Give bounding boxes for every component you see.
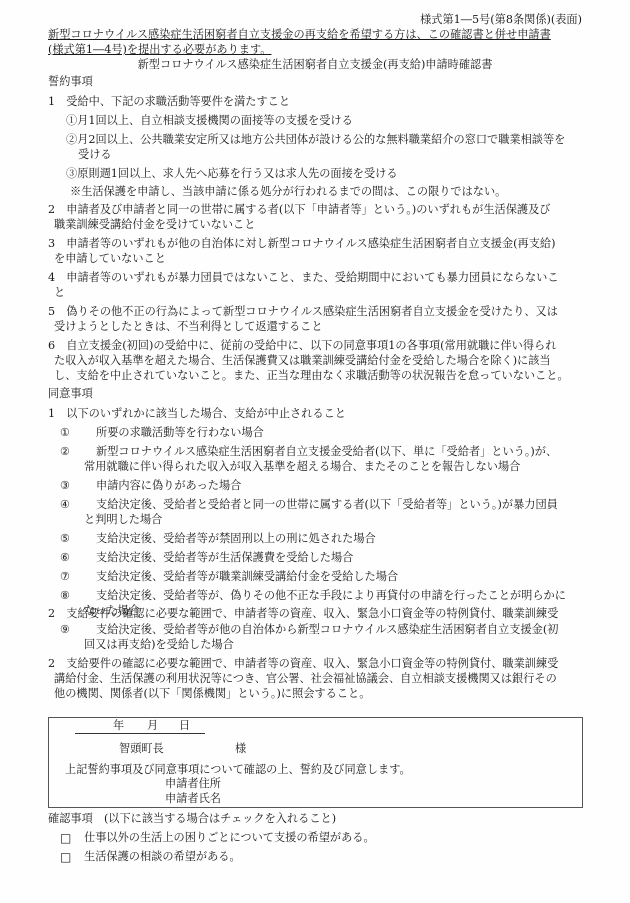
consent-sub-num: ⑤ <box>60 531 70 547</box>
option-welfare-consult: 生活保護の相談の希望がある。 <box>84 849 241 865</box>
day-label: 日 <box>179 718 190 734</box>
consent-sub-text: 支給決定後、受給者等が禁固刑以上の刑に処された場合 <box>96 531 376 547</box>
consent-item-1: 1 以下のいずれかに該当した場合、支給が中止されること <box>48 406 346 422</box>
consent-sub-text: 支給決定後、受給者と受給者と同一の世帯に属する者(以下「受給者等」という。)が暴… <box>96 497 558 513</box>
consent-sub-text-cont: 回又は再支給)を受給した場合 <box>84 637 234 653</box>
pledge-item-1-sub-2: ②月2回以上、公共職業安定所又は地方公共団体が設ける公的な無料職業紹介の窓口で職… <box>66 132 565 148</box>
consent-item-2: 2 支給要件の確認に必要な範囲で、申請者等の資産、収入、緊急小口資金等の特例貸付… <box>48 606 558 622</box>
consent-item-2-line-2: 講給付金、生活保護の利用状況等につき、官公署、社会福祉協議会、自立相談支援機関又… <box>54 671 557 687</box>
consent-sub-text: 支給決定後、受給者等が、偽りその他不正な手段により再貸付の申請を行ったことが明ら… <box>96 588 566 604</box>
confirmation-heading: 確認事項 (以下に該当する場合はチェックを入れること) <box>48 811 336 827</box>
pledge-item-6: 6 自立支援金(初回)の受給中に、従前の受給中に、以下の同意事項1の各事項(常用… <box>48 338 556 354</box>
page-title: 新型コロナウイルス感染症生活困窮者自立支援金(再支給)申請時確認書 <box>0 57 630 73</box>
consent-item-2-line-3: 他の機関、関係者(以下「関係機関」という。)に照会すること。 <box>54 686 370 702</box>
checkbox-welfare-consult[interactable]: □ <box>60 849 71 865</box>
pledge-item-3: 3 申請者等のいずれもが他の自治体に対し新型コロナウイルス感染症生活困窮者自立支… <box>48 236 555 252</box>
pledge-item-1-note: ※生活保護を申請し、当該申請に係る処分が行われるまでの間は、この限りではない。 <box>70 184 506 200</box>
consent-sub-text: 支給決定後、受給者等が他の自治体から新型コロナウイルス感染症生活困窮者自立支援金… <box>96 622 558 638</box>
pledge-heading: 誓約事項 <box>48 74 93 90</box>
notice-line-1: 新型コロナウイルス感染症生活困窮者自立支援金の再支給を希望する方は、この確認書と… <box>48 27 551 43</box>
pledge-item-2: 2 申請者及び申請者と同一の世帯に属する者(以下「申請者等」という。)のいずれも… <box>48 202 551 218</box>
consent-sub-num: ⑦ <box>60 569 70 585</box>
pledge-item-1-sub-2-cont: 受ける <box>78 147 112 163</box>
consent-sub-text: 支給決定後、受給者等が生活保護費を受給した場合 <box>96 550 353 566</box>
consent-sub-text: 支給決定後、受給者等が職業訓練受講給付金を受給した場合 <box>96 569 398 585</box>
applicant-name-label: 申請者氏名 <box>165 791 221 807</box>
consent-sub-num: ⑥ <box>60 550 70 566</box>
checkbox-support-request[interactable]: □ <box>60 830 71 846</box>
pledge-item-1-sub-1: ①月1回以上、自立相談支援機関の面接等の支援を受ける <box>66 113 353 129</box>
pledge-item-4-cont: と <box>54 285 65 301</box>
form-number: 様式第1―5号(第8条関係)(表面) <box>420 12 582 28</box>
consent-sub-text: 申請内容に偽りがあった場合 <box>96 478 241 494</box>
year-label: 年 <box>113 718 124 734</box>
pledge-item-4: 4 申請者等のいずれもが暴力団員ではないこと、また、受給期間中においても暴力団員… <box>48 270 559 286</box>
consent-sub-num: ④ <box>60 497 70 513</box>
pledge-item-5-cont: 受けようとしたときは、不当利得として返還すること <box>54 319 323 335</box>
pledge-item-1: 1 受給中、下記の求職活動等要件を満たすこと <box>48 94 290 110</box>
pledge-item-3-cont: を申請していないこと <box>54 251 166 267</box>
pledge-item-5: 5 偽りその他不正の行為によって新型コロナウイルス感染症生活困窮者自立支援金を受… <box>48 304 558 320</box>
consent-sub-num: ⑨ <box>60 622 70 638</box>
consent-sub-text-cont: と判明した場合 <box>84 512 162 528</box>
consent-heading: 同意事項 <box>48 386 93 402</box>
consent-sub-text: 新型コロナウイルス感染症生活困窮者自立支援金受給者(以下、単に「受給者」という。… <box>96 444 557 460</box>
consent-statement: 上記誓約事項及び同意事項について確認の上、誓約及び同意します。 <box>65 762 411 778</box>
pledge-item-6-cont-2: し、支給を中止されていないこと。また、正当な理由なく求職活動等の状況報告を怠って… <box>54 368 569 384</box>
confirmation-form-page: 様式第1―5号(第8条関係)(表面) 新型コロナウイルス感染症生活困窮者自立支援… <box>0 0 630 903</box>
month-label: 月 <box>147 718 158 734</box>
consent-sub-num: ⑧ <box>60 588 70 604</box>
signature-box: 年 月 日 智頭町長 様 上記誓約事項及び同意事項について確認の上、誓約及び同意… <box>48 717 583 808</box>
consent-sub-num: ③ <box>60 478 70 494</box>
addressee: 智頭町長 <box>119 741 164 757</box>
date-field[interactable]: 年 月 日 <box>75 718 205 734</box>
consent-sub-text: 所要の求職活動等を行わない場合 <box>96 425 264 441</box>
consent-sub-num: ② <box>60 444 70 460</box>
consent-item-2-line-1: 2 支給要件の確認に必要な範囲で、申請者等の資産、収入、緊急小口資金等の特例貸付… <box>48 656 558 672</box>
honorific: 様 <box>235 741 246 757</box>
consent-sub-text-cont: 常用就職に伴い得られた収入が収入基準を超える場合、またそのことを報告しない場合 <box>84 459 520 475</box>
pledge-item-1-sub-3: ③原則週1回以上、求人先へ応募を行う又は求人先の面接を受ける <box>66 166 398 182</box>
pledge-item-6-cont-1: た収入が収入基準を超えた場合、生活保護費又は職業訓練受講給付金を受給した場合を除… <box>54 353 551 369</box>
notice-line-2: (様式第1―4号)を提出する必要があります。 <box>48 42 271 58</box>
pledge-item-2-cont: 職業訓練受講給付金を受けていないこと <box>54 217 255 233</box>
consent-sub-num: ① <box>60 425 70 441</box>
applicant-address-label: 申請者住所 <box>165 776 221 792</box>
option-support-request: 仕事以外の生活上の困りごとについて支援の希望がある。 <box>84 830 375 846</box>
